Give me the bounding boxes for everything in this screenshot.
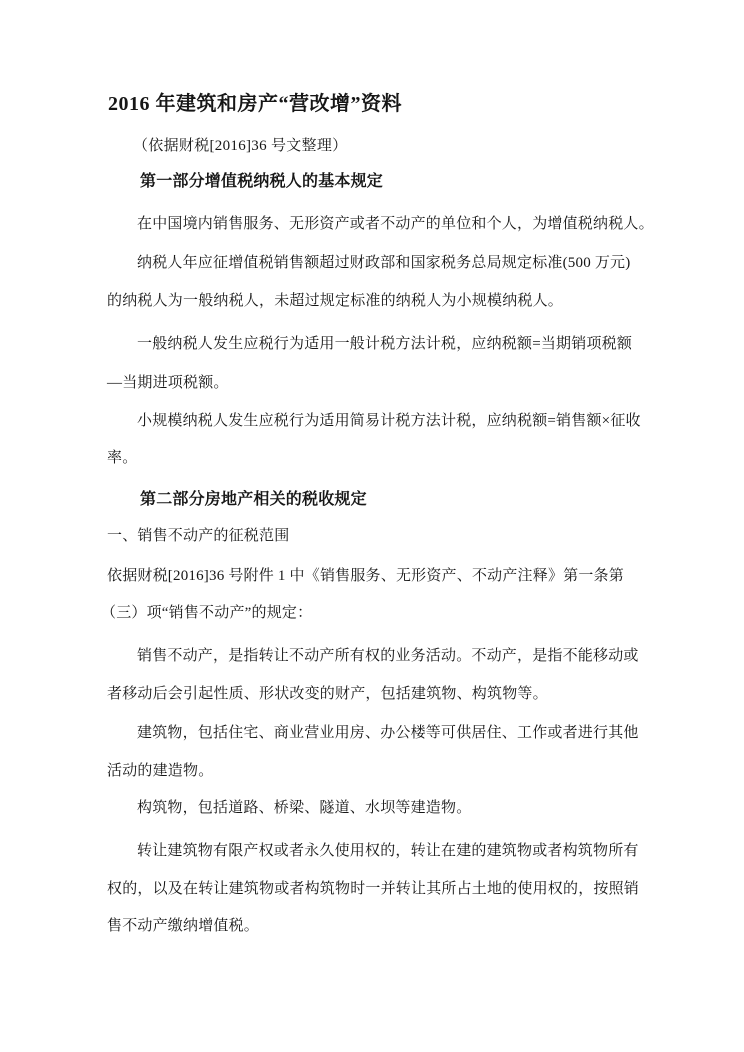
paragraph-line: 活动的建造物。 <box>107 762 213 781</box>
paragraph-line: 一般纳税人发生应税行为适用一般计税方法计税，应纳税额=当期销项税额 <box>137 335 632 354</box>
paragraph-line: 销售不动产，是指转让不动产所有权的业务活动。不动产，是指不能移动或 <box>137 647 639 666</box>
section-heading: 第二部分房地产相关的税收规定 <box>140 490 367 510</box>
paragraph-line: 在中国境内销售服务、无形资产或者不动产的单位和个人，为增值税纳税人。 <box>137 215 654 234</box>
paragraph-line: —当期进项税额。 <box>107 374 229 393</box>
paragraph-line: 权的，以及在转让建筑物或者构筑物时一并转让其所占土地的使用权的，按照销 <box>107 880 639 899</box>
paragraph-line: 小规模纳税人发生应税行为适用简易计税方法计税，应纳税额=销售额×征收 <box>137 412 641 431</box>
paragraph-line: 率。 <box>107 449 137 468</box>
section-heading: 第一部分增值税纳税人的基本规定 <box>140 172 383 192</box>
paragraph-line: 的纳税人为一般纳税人，未超过规定标准的纳税人为小规模纳税人。 <box>107 292 563 311</box>
paragraph-line: 纳税人年应征增值税销售额超过财政部和国家税务总局规定标准(500 万元) <box>137 254 630 273</box>
paragraph-line: 转让建筑物有限产权或者永久使用权的，转让在建的建筑物或者构筑物所有 <box>137 842 639 861</box>
doc-subtitle: （依据财税[2016]36 号文整理） <box>133 137 347 156</box>
paragraph-line: 一、销售不动产的征税范围 <box>107 527 289 546</box>
paragraph-line: 售不动产缴纳增值税。 <box>107 917 259 936</box>
doc-title: 2016 年建筑和房产“营改增”资料 <box>108 92 402 117</box>
paragraph-line: 建筑物，包括住宅、商业营业用房、办公楼等可供居住、工作或者进行其他 <box>137 724 639 743</box>
paragraph-line: 构筑物，包括道路、桥梁、隧道、水坝等建造物。 <box>137 799 471 818</box>
paragraph-line: 依据财税[2016]36 号附件 1 中《销售服务、无形资产、不动产注释》第一条… <box>107 567 624 586</box>
paragraph-line: 者移动后会引起性质、形状改变的财产，包括建筑物、构筑物等。 <box>107 685 548 704</box>
paragraph-line: （三）项“销售不动产”的规定： <box>101 604 312 623</box>
document-page: 2016 年建筑和房产“营改增”资料（依据财税[2016]36 号文整理）第一部… <box>0 0 744 1052</box>
